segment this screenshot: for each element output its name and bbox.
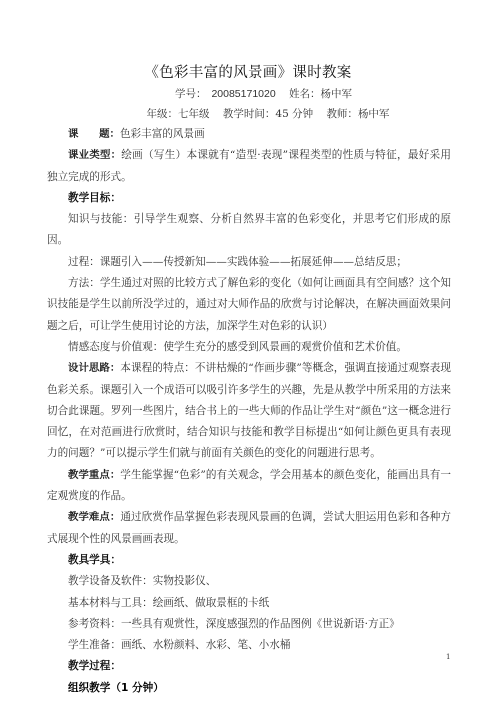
lesson-type: 课业类型：绘画（写生）本课就有“造型·表现”课程类型的性质与特征，最好采用独立完… [47,145,451,188]
student-name: 姓名：杨中军 [289,88,352,100]
document-body: 课 题：色彩丰富的风景画 课业类型：绘画（写生）本课就有“造型·表现”课程类型的… [47,124,451,699]
teacher: 教师：杨中军 [326,108,389,120]
student-id: 学号：20085171020 [170,88,276,100]
objective-knowledge: 知识与技能：引导学生观察、分析自然界丰富的色彩变化，并思考它们形成的原因。 [47,209,451,252]
student-id-label: 学号： [175,88,207,100]
materials-heading: 教具学具： [47,550,451,571]
teacher-value: 杨中军 [358,108,390,120]
time-value: 45 分钟 [275,108,313,120]
grade-value: 七年级 [178,108,210,120]
design-idea-value: 本课程的特点：不讲枯燥的“作画步骤”等概念，强调直接通过观察表现色彩关系。课题引… [47,362,451,459]
lesson-topic-value: 色彩丰富的风景画 [120,128,205,140]
design-idea-label: 设计思路： [68,362,120,374]
objective-process: 过程：课题引入——传授新知——实践体验——拓展延伸——总结反思； [47,252,451,273]
difficulty: 教学难点：通过欣赏作品掌握色彩表现风景画的色调，尝试大胆运用色彩和各种方式展现个… [47,507,451,550]
student-info-line: 学号：20085171020 姓名：杨中军 [0,86,496,101]
material-references: 参考资料：一些具有观赏性，深度感强烈的作品图例《世说新语·方正》 [47,614,451,635]
name-value: 杨中军 [321,88,353,100]
material-equipment: 教学设备及软件：实物投影仪、 [47,571,451,592]
lesson-topic: 课 题：色彩丰富的风景画 [47,124,451,145]
grade: 年级：七年级 [147,108,210,120]
time-label: 教学时间： [223,108,276,120]
lesson-type-label: 课业类型： [68,149,121,161]
lesson-topic-label: 课 题： [68,128,120,140]
design-idea: 设计思路：本课程的特点：不讲枯燥的“作画步骤”等概念，强调直接通过观察表现色彩关… [47,358,451,464]
lesson-info-line: 年级：七年级 教学时间：45 分钟 教师：杨中军 [0,106,496,121]
name-label: 姓名： [289,88,321,100]
objective-attitude: 情感态度与价值观：使学生充分的感受到风景画的观赏价值和艺术价值。 [47,337,451,358]
objectives-heading: 教学目标： [47,188,451,209]
material-tools: 基本材料与工具：绘画纸、做取景框的卡纸 [47,593,451,614]
teaching-time: 教学时间：45 分钟 [223,108,313,120]
student-id-value: 20085171020 [211,88,275,100]
grade-label: 年级： [147,108,179,120]
material-student-prep: 学生准备：画纸、水粉颜料、水彩、笔、小水桶 [47,635,451,656]
process-section-organize: 组织教学（1 分钟） [47,678,451,699]
page-number: 1 [446,653,450,661]
teacher-label: 教师： [326,108,358,120]
document-page: 《色彩丰富的风景画》课时教案 学号：20085171020 姓名：杨中军 年级：… [0,0,496,702]
process-heading: 教学过程： [47,656,451,677]
key-point-label: 教学重点： [68,469,120,481]
key-point: 教学重点：学生能掌握“色彩”的有关观念，学会用基本的颜色变化，能画出具有一定观赏… [47,465,451,508]
objective-method: 方法：学生通过对照的比较方式了解色彩的变化（如何让画面具有空间感？这个知识技能是… [47,273,451,337]
document-title: 《色彩丰富的风景画》课时教案 [0,61,496,82]
difficulty-label: 教学难点： [68,511,120,523]
